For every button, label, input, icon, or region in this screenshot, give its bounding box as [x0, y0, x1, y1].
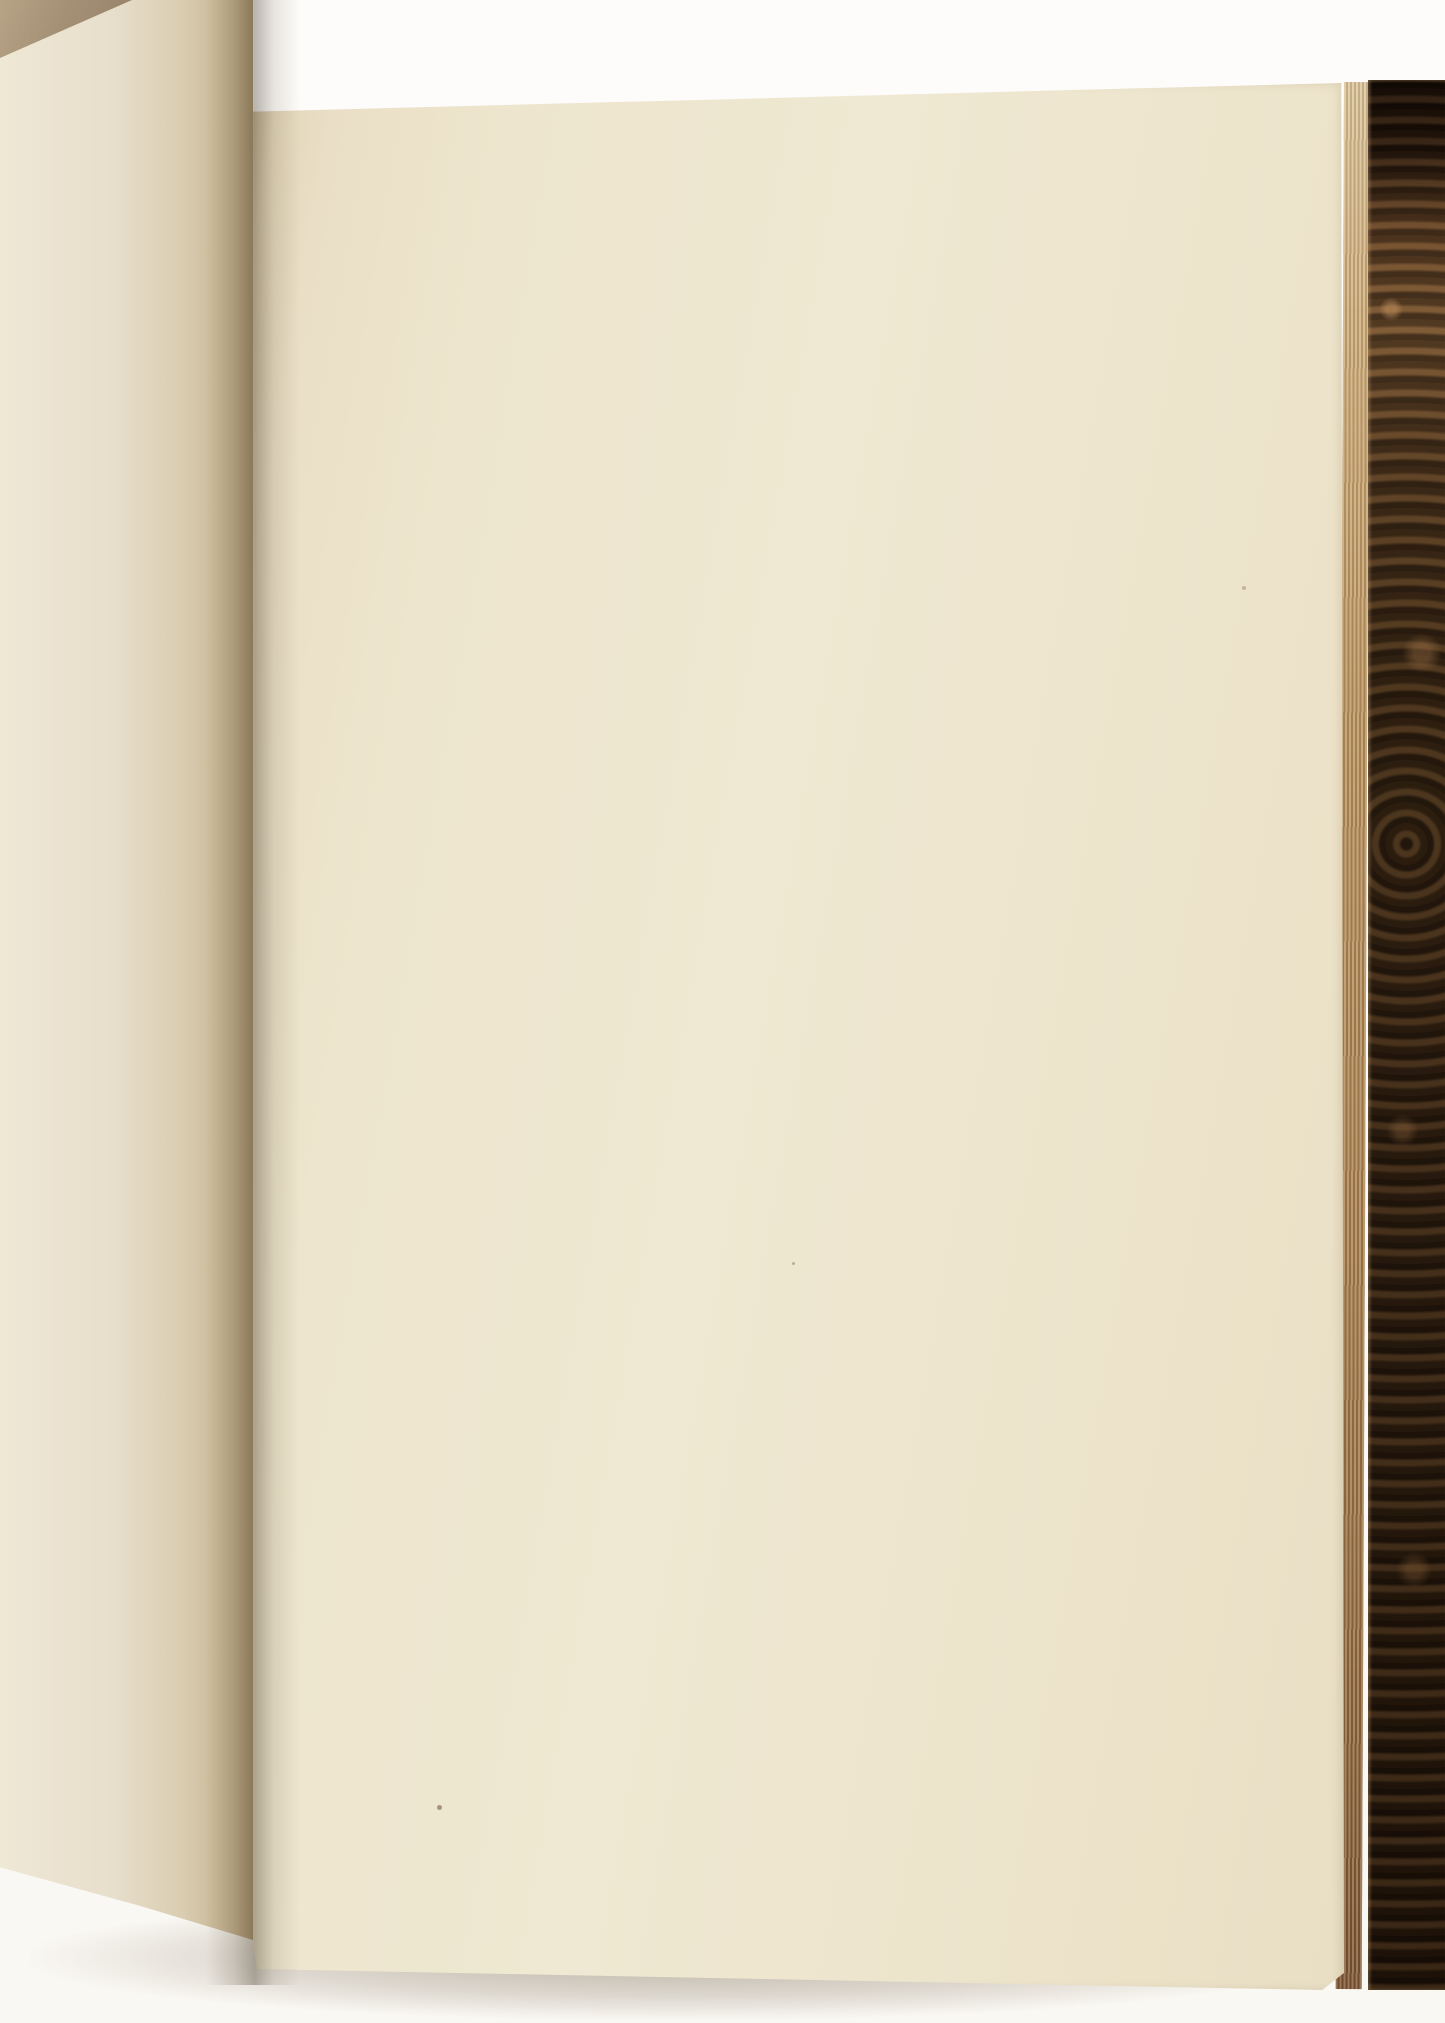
page-header [282, 189, 1218, 222]
header-title [282, 189, 1218, 195]
body-text [282, 237, 1218, 243]
foxing-spot [792, 1262, 795, 1265]
foxing-spot [1242, 586, 1246, 590]
left-page [0, 0, 253, 2023]
page-content [282, 189, 1218, 243]
foxing-spot [437, 1805, 442, 1810]
marbled-cover-edge [1368, 80, 1445, 1990]
book-photo [0, 0, 1445, 2023]
left-page-lines [0, 0, 253, 2023]
right-page [253, 83, 1344, 1990]
